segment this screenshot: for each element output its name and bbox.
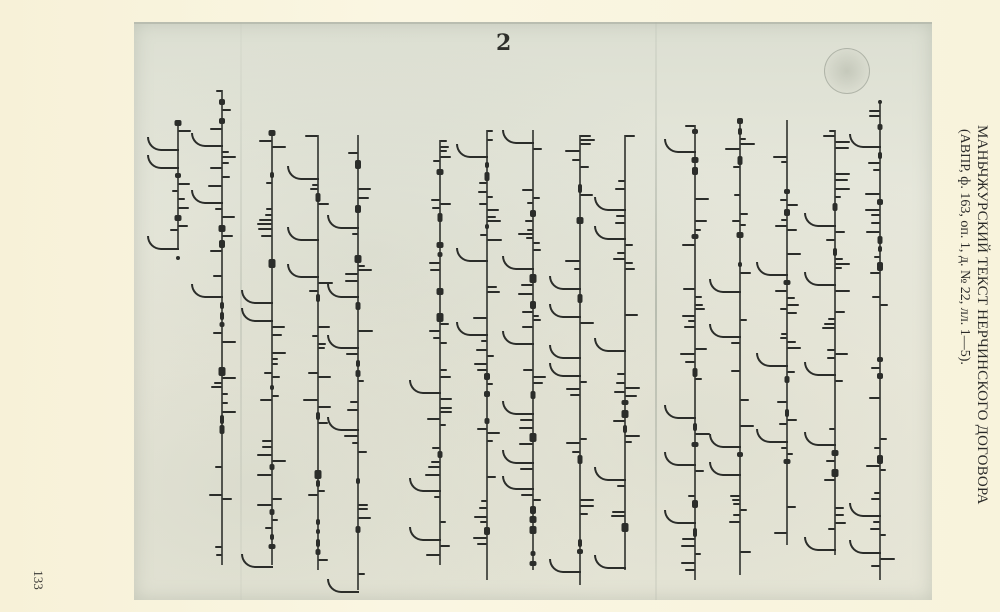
script-stroke xyxy=(682,538,695,540)
script-glyph xyxy=(878,124,883,130)
script-stroke xyxy=(614,391,625,393)
script-stroke xyxy=(533,242,540,244)
script-stroke xyxy=(434,496,440,498)
script-stroke xyxy=(682,244,695,246)
plate-edge xyxy=(134,22,932,24)
script-stroke xyxy=(318,203,329,205)
script-tail xyxy=(804,213,836,227)
script-stroke xyxy=(260,399,272,401)
script-stroke xyxy=(580,381,587,383)
script-stroke xyxy=(533,319,541,321)
script-stroke xyxy=(265,527,272,529)
seal-stamp-icon xyxy=(824,48,870,94)
script-stroke xyxy=(346,353,358,355)
script-tail xyxy=(502,401,534,415)
script-stroke xyxy=(533,197,540,199)
script-stroke xyxy=(522,326,533,328)
script-glyph xyxy=(220,302,224,309)
script-glyph xyxy=(784,280,791,285)
script-stroke xyxy=(473,317,487,319)
script-tail xyxy=(756,353,788,367)
script-glyph xyxy=(878,236,883,244)
script-stroke xyxy=(695,378,702,380)
script-tail xyxy=(664,405,696,419)
script-stroke xyxy=(222,156,236,158)
script-stroke xyxy=(681,545,695,547)
script-stroke xyxy=(487,209,499,211)
script-stroke xyxy=(519,427,533,429)
script-stroke xyxy=(781,161,787,163)
script-stroke xyxy=(781,333,787,335)
script-stroke xyxy=(213,275,222,277)
script-stroke xyxy=(350,401,358,403)
script-glyph xyxy=(270,509,275,515)
script-tail xyxy=(849,540,881,554)
script-stroke xyxy=(835,353,848,355)
script-stroke xyxy=(527,229,533,231)
script-stroke xyxy=(487,355,494,357)
script-stroke xyxy=(685,569,695,571)
script-tail xyxy=(804,272,836,286)
script-stroke xyxy=(257,454,272,456)
script-stroke xyxy=(487,286,497,288)
script-stroke xyxy=(222,341,236,343)
script-stroke xyxy=(566,388,580,390)
script-glyph xyxy=(220,415,224,424)
script-stroke xyxy=(222,162,229,164)
script-glyph xyxy=(530,526,537,534)
script-stroke xyxy=(440,342,447,344)
script-glyph xyxy=(530,301,536,309)
script-glyph xyxy=(438,213,443,222)
script-glyph xyxy=(530,506,536,514)
script-stroke xyxy=(787,253,801,255)
manchu-text-column xyxy=(612,135,638,570)
script-glyph xyxy=(877,455,883,464)
script-stroke xyxy=(835,263,850,265)
script-stroke xyxy=(264,372,272,374)
script-tail xyxy=(287,166,319,180)
script-stroke xyxy=(625,435,640,437)
script-stroke xyxy=(440,407,452,409)
script-stroke xyxy=(880,469,886,471)
script-glyph xyxy=(356,478,360,484)
script-stroke xyxy=(730,495,740,497)
script-stroke xyxy=(215,208,222,210)
script-tail xyxy=(502,476,534,490)
script-stroke xyxy=(787,371,795,373)
script-stroke xyxy=(740,213,748,215)
script-stroke xyxy=(358,380,364,382)
script-stroke xyxy=(519,443,533,445)
script-stroke xyxy=(222,216,235,218)
script-stroke xyxy=(172,190,178,192)
script-glyph xyxy=(437,169,444,175)
script-stroke xyxy=(213,332,222,334)
script-stroke xyxy=(178,207,189,209)
script-stroke xyxy=(871,367,880,369)
script-stroke xyxy=(487,239,502,241)
script-stroke xyxy=(433,160,440,162)
script-glyph xyxy=(438,252,443,257)
script-stroke xyxy=(170,229,178,231)
script-stroke xyxy=(611,515,625,517)
script-stroke xyxy=(272,395,279,397)
script-stroke xyxy=(266,208,272,210)
manchu-text-column xyxy=(682,125,708,580)
manchu-text-column xyxy=(567,135,593,585)
script-stroke xyxy=(521,284,533,286)
script-stroke xyxy=(787,229,797,231)
script-glyph xyxy=(485,162,489,168)
script-glyph xyxy=(693,368,698,377)
script-stroke xyxy=(574,268,580,270)
script-tail xyxy=(241,290,273,304)
script-stroke xyxy=(318,347,325,349)
script-stroke xyxy=(625,268,635,270)
script-stroke xyxy=(257,474,272,476)
script-stroke xyxy=(835,258,843,260)
script-stroke xyxy=(358,451,367,453)
script-stroke xyxy=(348,152,358,154)
script-stroke xyxy=(617,485,625,487)
script-glyph xyxy=(578,294,583,303)
script-stroke xyxy=(688,320,695,322)
script-glyph xyxy=(578,539,582,547)
script-stroke xyxy=(425,474,440,476)
script-glyph xyxy=(784,209,790,216)
script-tail xyxy=(147,236,179,250)
script-tail xyxy=(549,363,581,377)
script-stroke xyxy=(272,334,282,336)
script-glyph xyxy=(220,425,225,434)
script-stroke xyxy=(358,188,371,190)
script-tail xyxy=(804,537,836,551)
script-stroke xyxy=(865,209,880,211)
script-stroke xyxy=(779,423,787,425)
script-tail xyxy=(287,264,319,278)
script-stroke xyxy=(740,272,751,274)
script-stroke xyxy=(695,308,705,310)
script-stroke xyxy=(871,222,880,224)
script-glyph xyxy=(485,224,489,229)
script-stroke xyxy=(272,460,286,462)
script-glyph xyxy=(877,357,883,362)
script-stroke xyxy=(775,225,787,227)
script-stroke xyxy=(733,166,740,168)
script-tail xyxy=(327,284,359,298)
script-glyph xyxy=(785,409,789,417)
script-tail xyxy=(409,478,441,492)
script-stroke xyxy=(440,376,451,378)
script-stroke xyxy=(479,507,487,509)
script-tail xyxy=(191,133,223,147)
punctuation-dot xyxy=(176,256,180,260)
script-glyph xyxy=(270,464,275,470)
script-stroke xyxy=(487,291,500,293)
script-stroke xyxy=(305,135,318,137)
script-stroke xyxy=(358,573,365,575)
script-glyph xyxy=(437,313,444,322)
script-glyph xyxy=(437,242,444,248)
script-tail xyxy=(664,139,696,153)
script-glyph xyxy=(693,423,697,431)
script-stroke xyxy=(824,479,835,481)
script-tail xyxy=(804,362,836,376)
script-stroke xyxy=(481,500,487,502)
script-stroke xyxy=(740,143,755,145)
script-glyph xyxy=(738,262,742,267)
script-glyph xyxy=(355,160,361,169)
page-number: 133 xyxy=(30,570,46,590)
script-stroke xyxy=(358,508,368,510)
script-glyph xyxy=(578,184,582,193)
script-glyph xyxy=(877,262,883,271)
script-stroke xyxy=(580,499,594,501)
script-stroke xyxy=(731,342,740,344)
script-stroke xyxy=(688,495,695,497)
script-stroke xyxy=(222,402,228,404)
script-stroke xyxy=(681,562,695,564)
script-tail xyxy=(594,555,626,569)
script-stroke xyxy=(222,393,228,395)
script-stroke xyxy=(613,420,625,422)
script-stroke xyxy=(429,330,440,332)
script-stroke xyxy=(208,185,222,187)
script-stroke xyxy=(479,203,487,205)
script-stroke xyxy=(358,330,373,332)
script-stroke xyxy=(481,340,487,342)
script-stroke xyxy=(211,386,222,388)
script-stroke xyxy=(868,162,880,164)
script-stroke xyxy=(440,398,452,400)
script-stroke xyxy=(261,235,272,237)
script-stroke xyxy=(740,319,747,321)
script-glyph xyxy=(531,391,536,399)
script-glyph xyxy=(175,173,181,178)
script-stroke xyxy=(874,256,880,258)
script-stroke xyxy=(479,182,487,184)
script-stroke xyxy=(695,433,710,435)
script-stroke xyxy=(431,199,440,201)
script-glyph xyxy=(316,193,321,202)
script-stroke xyxy=(787,312,797,314)
script-tail xyxy=(709,279,741,293)
script-stroke xyxy=(222,151,229,153)
script-stroke xyxy=(431,461,440,463)
script-stroke xyxy=(880,534,886,536)
script-stroke xyxy=(787,453,793,455)
script-stroke xyxy=(787,341,796,343)
script-tail xyxy=(191,190,223,204)
script-tail xyxy=(594,338,626,352)
script-stroke xyxy=(222,411,236,413)
script-stroke xyxy=(680,353,695,355)
script-stroke xyxy=(309,290,318,292)
script-stroke xyxy=(257,504,272,506)
script-glyph xyxy=(175,215,182,221)
script-stroke xyxy=(178,198,185,200)
script-stroke xyxy=(731,370,740,372)
script-stroke xyxy=(866,231,880,233)
script-stroke xyxy=(732,499,740,501)
script-stroke xyxy=(303,399,318,401)
script-stroke xyxy=(318,343,326,345)
script-stroke xyxy=(685,361,695,363)
script-stroke xyxy=(178,130,191,132)
script-stroke xyxy=(835,188,850,190)
script-stem xyxy=(834,130,836,555)
script-stroke xyxy=(521,494,533,496)
script-stroke xyxy=(533,148,542,150)
script-stroke xyxy=(533,499,541,501)
script-stroke xyxy=(580,139,595,141)
script-stroke xyxy=(835,231,845,233)
script-tail xyxy=(549,559,581,573)
script-stroke xyxy=(523,369,533,371)
script-glyph xyxy=(530,433,537,442)
script-tail xyxy=(241,308,273,322)
script-glyph xyxy=(692,234,699,239)
script-glyph xyxy=(316,549,321,555)
script-glyph xyxy=(355,205,361,213)
script-glyph xyxy=(356,370,361,377)
script-glyph xyxy=(315,470,322,479)
script-tail xyxy=(502,130,534,144)
script-stroke xyxy=(312,184,318,186)
script-stroke xyxy=(625,135,635,137)
script-stroke xyxy=(265,214,272,216)
script-stroke xyxy=(308,494,318,496)
script-tail xyxy=(327,335,359,349)
script-stroke xyxy=(222,235,233,237)
script-stroke xyxy=(426,554,440,556)
script-stroke xyxy=(617,252,625,254)
script-stroke xyxy=(829,428,835,430)
script-tail xyxy=(502,450,534,464)
script-glyph xyxy=(622,400,629,405)
script-stroke xyxy=(871,214,880,216)
script-tail xyxy=(147,155,179,169)
script-stroke xyxy=(733,514,740,516)
script-stroke xyxy=(440,203,451,205)
script-tail xyxy=(549,276,581,290)
script-stroke xyxy=(880,438,887,440)
script-stroke xyxy=(828,528,835,530)
manchu-text-column xyxy=(345,135,371,590)
script-stroke xyxy=(308,372,318,374)
script-stroke xyxy=(533,315,539,317)
script-tail xyxy=(191,284,223,298)
script-tail xyxy=(147,137,179,151)
script-glyph xyxy=(738,156,743,165)
script-tail xyxy=(594,467,626,481)
script-stroke xyxy=(835,311,845,313)
script-stroke xyxy=(683,288,695,290)
script-stroke xyxy=(734,194,740,196)
script-stroke xyxy=(312,335,318,337)
script-stroke xyxy=(526,237,533,239)
script-stroke xyxy=(625,395,637,397)
script-stroke xyxy=(835,507,844,509)
script-stroke xyxy=(345,280,358,282)
script-stroke xyxy=(695,348,707,350)
script-stroke xyxy=(480,521,487,523)
script-stroke xyxy=(525,220,533,222)
script-stroke xyxy=(827,349,835,351)
script-glyph xyxy=(219,225,226,232)
script-stroke xyxy=(740,509,747,511)
script-tail xyxy=(849,503,881,517)
script-stroke xyxy=(440,411,452,413)
script-stroke xyxy=(352,233,358,235)
script-stroke xyxy=(487,440,493,442)
script-stroke xyxy=(822,327,835,329)
script-glyph xyxy=(833,248,837,256)
script-glyph xyxy=(356,526,361,533)
script-stroke xyxy=(222,377,236,379)
manchu-text-column xyxy=(520,130,546,570)
script-glyph xyxy=(692,500,698,508)
script-stroke xyxy=(824,323,835,325)
script-stroke xyxy=(787,347,801,349)
script-stroke xyxy=(487,432,500,434)
script-stroke xyxy=(487,130,493,132)
script-stroke xyxy=(262,440,272,442)
script-stroke xyxy=(487,476,496,478)
script-stroke xyxy=(318,422,328,424)
script-tail xyxy=(594,197,626,211)
script-stroke xyxy=(487,383,493,385)
script-stroke xyxy=(477,543,487,545)
script-glyph xyxy=(437,288,444,295)
script-glyph xyxy=(878,246,882,252)
script-stroke xyxy=(828,318,835,320)
script-stroke xyxy=(318,406,331,408)
script-stroke xyxy=(533,249,541,251)
script-stem xyxy=(532,130,534,570)
script-stroke xyxy=(478,191,487,193)
script-stroke xyxy=(473,537,487,539)
script-stroke xyxy=(272,376,280,378)
script-stroke xyxy=(522,311,533,313)
script-stroke xyxy=(695,229,701,231)
script-stroke xyxy=(826,460,835,462)
script-tail xyxy=(756,262,788,276)
script-stroke xyxy=(695,198,709,200)
script-stroke xyxy=(310,188,318,190)
script-stroke xyxy=(344,435,358,437)
script-stroke xyxy=(580,143,591,145)
manchu-text-column xyxy=(474,130,500,580)
script-stroke xyxy=(835,179,848,181)
manchu-text-column xyxy=(259,130,285,565)
script-tail xyxy=(549,304,581,318)
script-stroke xyxy=(476,349,487,351)
script-stroke xyxy=(433,337,440,339)
script-tail xyxy=(709,434,741,448)
script-stroke xyxy=(835,267,842,269)
script-tail xyxy=(709,324,741,338)
figure-caption: МАНЬЧЖУРСКИЙ ТЕКСТ НЕРЧИНСКОГО ДОГОВОРА … xyxy=(941,125,991,585)
script-stroke xyxy=(572,451,580,453)
script-stroke xyxy=(580,135,591,137)
script-glyph xyxy=(530,274,537,283)
script-glyph xyxy=(438,451,443,458)
script-stroke xyxy=(874,492,880,494)
script-stroke xyxy=(616,215,625,217)
script-stroke xyxy=(215,546,222,548)
